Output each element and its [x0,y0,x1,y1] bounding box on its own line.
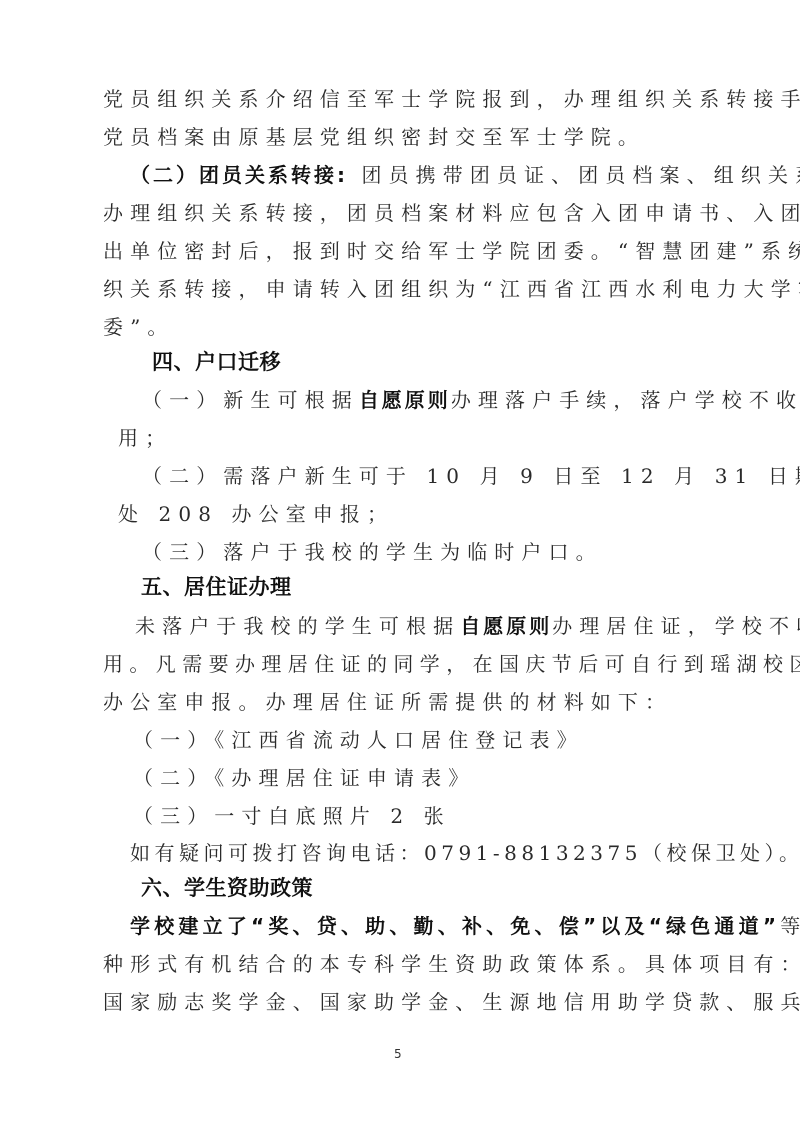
body-text-line: 织关系转接，申请转入团组织为“江西省江西水利电力大学军士学院团 [103,270,800,308]
material-item-3: （三）一寸白底照片 2 张 [133,797,451,835]
body-text-line: 种形式有机结合的本专科学生资助政策体系。具体项目有：国家奖学金、 [103,945,800,983]
body-text-line: 党员档案由原基层党组织密封交至军士学院。 [103,118,645,156]
league-transfer-paragraph: （二）团员关系转接: 团员携带团员证、团员档案、组织关系介绍信 [130,156,800,194]
section-heading-financial-aid: 六、学生资助政策 [141,870,313,906]
household-item-1: （一）新生可根据自愿原则办理落户手续，落户学校不收取任何费 [142,381,800,419]
body-text-line: 出单位密封后，报到时交给军士学院团委。“智慧团建”系统上的团员组 [103,232,800,270]
body-text-line: 办公室申报。办理居住证所需提供的材料如下： [103,683,672,721]
contact-phone-line: 如有疑问可拨打咨询电话：0791-88132375（校保卫处）。 [130,834,800,872]
voluntary-principle-bold: 自愿原则 [359,388,451,412]
aid-policy-bold: 学校建立了“奖、贷、助、勤、补、免、偿”以及“绿色通道” [130,914,780,938]
body-text: 办理居住证，学校不收取任何费 [552,614,800,638]
material-item-1: （一）《江西省流动人口居住登记表》 [133,721,584,759]
body-text-line: 用。凡需要办理居住证的同学，在国庆节后可自行到瑶湖校区保卫处 208 [103,645,800,683]
residence-paragraph: 未落户于我校的学生可根据自愿原则办理居住证，学校不收取任何费 [135,607,800,645]
body-text: 未落户于我校的学生可根据 [135,614,460,638]
body-text: 团员携带团员证、团员档案、组织关系介绍信 [348,163,800,187]
body-text-line: 用； [118,419,172,457]
material-item-2: （二）《办理居住证申请表》 [133,759,475,797]
section-heading-household: 四、户口迁移 [152,344,281,380]
body-text: 等多 [780,914,800,938]
league-transfer-label: （二）团员关系转接: [130,163,348,187]
body-text-line: 办理组织关系转接，团员档案材料应包含入团申请书、入团志愿书，由转 [103,194,800,232]
household-item-3: （三）落户于我校的学生为临时户口。 [142,533,603,571]
body-text-line: 委”。 [103,308,175,346]
body-text: （一）新生可根据 [142,388,359,412]
body-text-line: 党员组织关系介绍信至军士学院报到，办理组织关系转接手续， [103,80,800,118]
household-item-2: （二）需落户新生可于 10 月 9 日至 12 月 31 日期间的工作日到保卫 [142,457,800,495]
body-text-line: 国家励志奖学金、国家助学金、生源地信用助学贷款、服兵役高等学校学 [103,983,800,1021]
voluntary-principle-bold: 自愿原则 [460,614,552,638]
page-number: 5 [394,1047,402,1061]
body-text: 办理落户手续，落户学校不收取任何费 [451,388,800,412]
section-heading-residence-permit: 五、居住证办理 [141,569,292,605]
aid-paragraph: 学校建立了“奖、贷、助、勤、补、免、偿”以及“绿色通道”等多 [130,907,800,945]
body-text-line: 处 208 办公室申报； [118,495,394,533]
